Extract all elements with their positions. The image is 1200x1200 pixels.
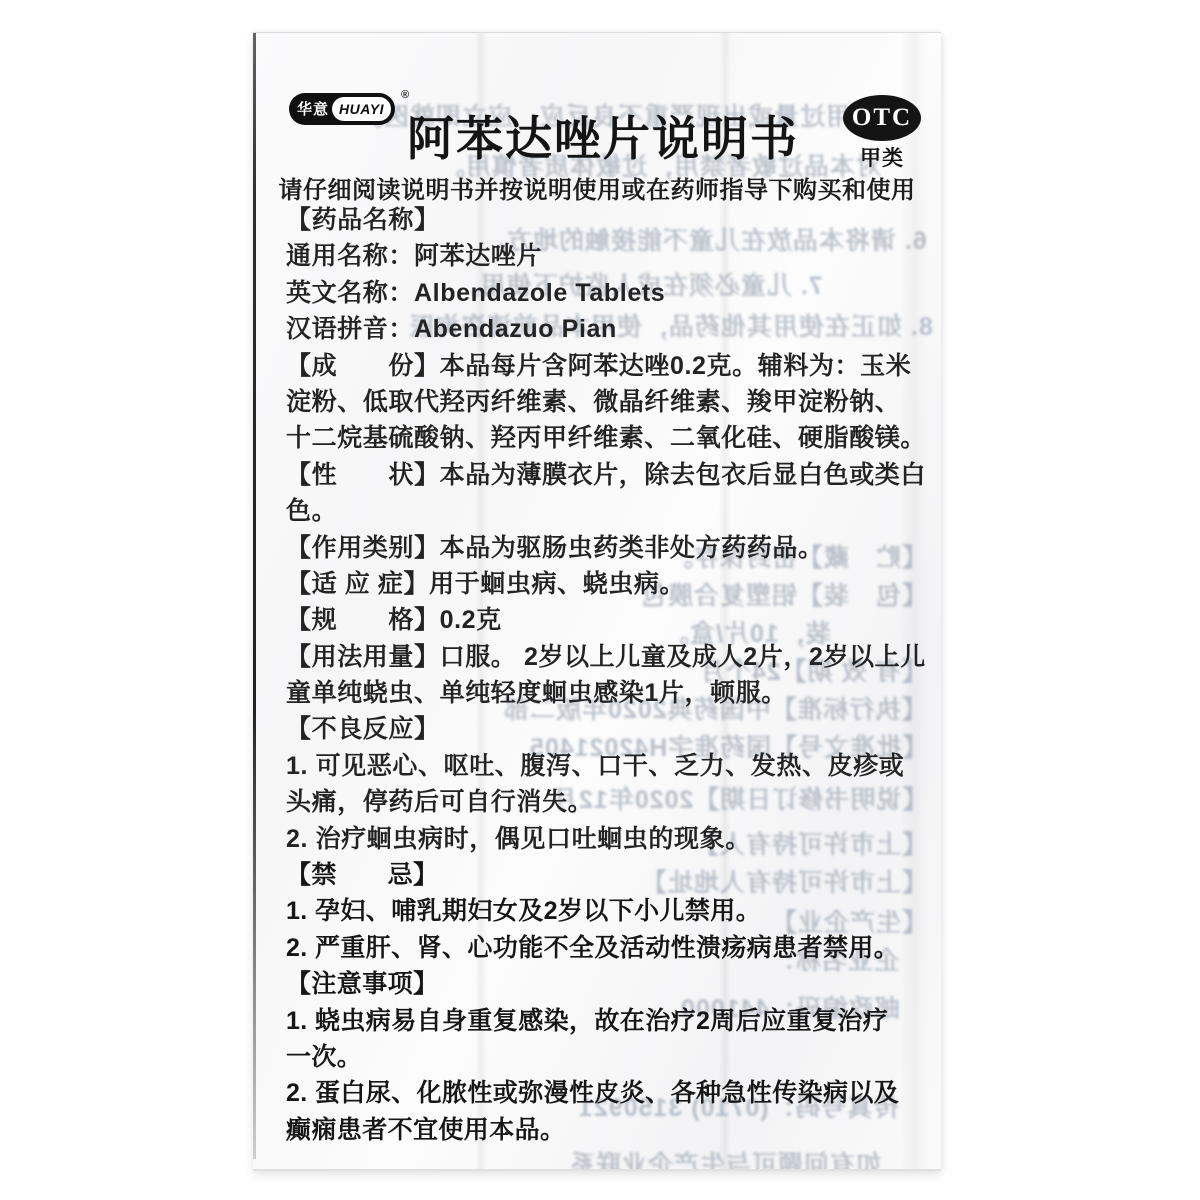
contraindications-line: 2. 严重肝、肾、心功能不全及活动性溃疡病患者禁用。 xyxy=(286,930,931,966)
ingredients-line: 淀粉、低取代羟丙纤维素、微晶纤维素、羧甲淀粉钠、 xyxy=(286,384,931,420)
otc-badge: OTC 甲类 xyxy=(841,95,923,172)
adverse-reactions-line: 1. 可见恶心、呕吐、腹泻、口干、乏力、发热、皮疹或 xyxy=(286,748,931,784)
section-drug-name-header: 【药品名称】 xyxy=(286,202,931,238)
english-name-line: 英文名称：Albendazole Tablets xyxy=(286,275,931,311)
adverse-reactions-line: 2. 治疗蛔虫病时，偶见口吐蛔虫的现象。 xyxy=(286,821,931,857)
otc-ellipse-icon: OTC xyxy=(843,95,921,141)
generic-name-line: 通用名称：阿苯达唑片 xyxy=(286,238,931,274)
leaflet-paper: 如服用过量或出现严重不良反应，应立即就医。 对本品过敏者禁用，过敏体质者慎用。 … xyxy=(253,32,941,1171)
precautions-header: 【注意事项】 xyxy=(286,966,931,1002)
precautions-line: 一次。 xyxy=(286,1039,931,1075)
page-title: 阿苯达唑片说明书 xyxy=(363,113,843,165)
ingredients-line: 十二烷基硫酸钠、羟丙甲纤维素、二氧化硅、硬脂酸镁。 xyxy=(286,420,931,456)
adverse-reactions-line: 头痛，停药后可自行消失。 xyxy=(286,784,931,820)
precautions-line: 2. 蛋白尿、化脓性或弥漫性皮炎、各种急性传染病以及 xyxy=(286,1075,931,1111)
contraindications-line: 1. 孕妇、哺乳期妇女及2岁以下小儿禁用。 xyxy=(286,893,931,929)
precautions-line: 癫痫患者不宜使用本品。 xyxy=(286,1112,931,1148)
brand-logo-cn-text: 华意 xyxy=(297,102,329,117)
leaflet-body: 【药品名称】 通用名称：阿苯达唑片 英文名称：Albendazole Table… xyxy=(286,202,931,1148)
dosage-line: 童单纯蛲虫、单纯轻度蛔虫感染1片，顿服。 xyxy=(286,675,931,711)
precautions-line: 1. 蛲虫病易自身重复感染，故在治疗2周后应重复治疗 xyxy=(286,1003,931,1039)
strength-line: 【规 格】0.2克 xyxy=(286,602,931,638)
action-category-line: 【作用类别】本品为驱肠虫药类非处方药药品。 xyxy=(286,530,931,566)
read-instructions-notice: 请仔细阅读说明书并按说明使用或在药师指导下购买和使用 xyxy=(275,170,919,205)
photo-of-drug-leaflet: { "header": { "logo": { "cn": "华意", "en"… xyxy=(0,0,1200,1200)
contraindications-header: 【禁 忌】 xyxy=(286,857,931,893)
adverse-reactions-header: 【不良反应】 xyxy=(286,711,931,747)
otc-category-label: 甲类 xyxy=(841,142,923,172)
otc-label: OTC xyxy=(852,104,912,132)
dosage-line: 【用法用量】口服。 2岁以上儿童及成人2片，2岁以上儿 xyxy=(286,639,931,675)
registered-trademark-icon: ® xyxy=(401,89,409,101)
pinyin-name-line: 汉语拼音：Abendazuo Pian xyxy=(286,311,931,347)
description-line: 【性 状】本品为薄膜衣片，除去包衣后显白色或类白 xyxy=(286,457,931,493)
ingredients-line: 【成 份】本品每片含阿苯达唑0.2克。辅料为：玉米 xyxy=(286,348,931,384)
leaflet-front-content: 华意 HUAYI ® 阿苯达唑片说明书 OTC 甲类 请仔细阅读说明书并按说明使… xyxy=(253,33,941,1169)
indications-line: 【适 应 症】用于蛔虫病、蛲虫病。 xyxy=(286,566,931,602)
description-line: 色。 xyxy=(286,493,931,529)
